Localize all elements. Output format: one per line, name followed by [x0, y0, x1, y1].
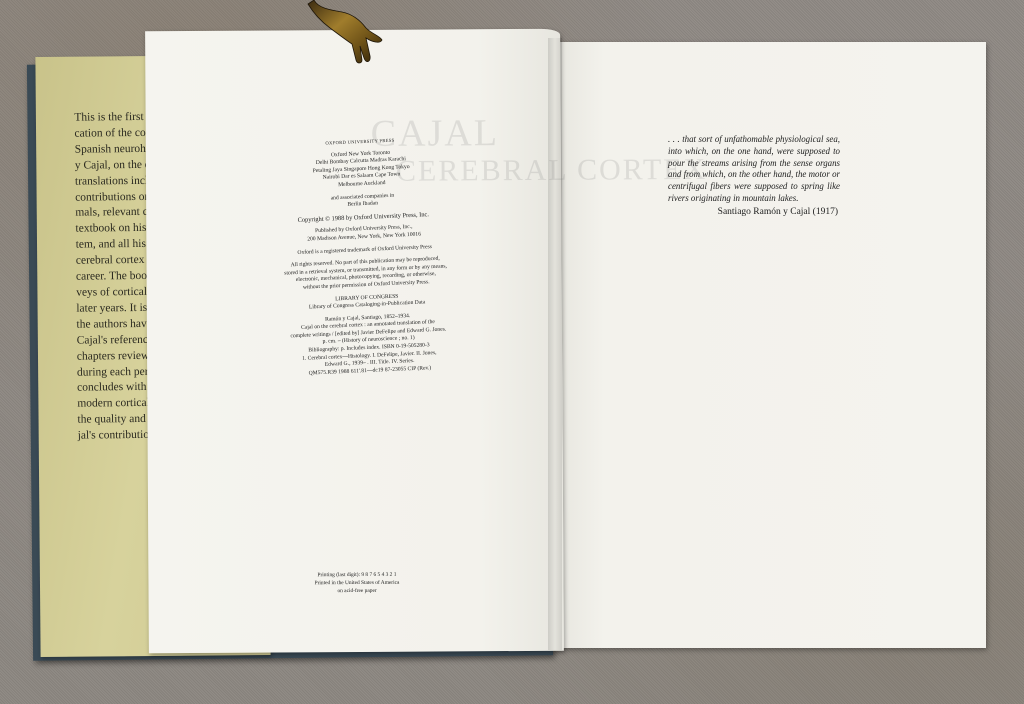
epigraph-text: . . . that sort of unfathomable physiolo…	[668, 134, 840, 205]
printing-line: on acid-free paper	[282, 587, 432, 596]
printing-info: Printing (last digit): 9 8 7 6 5 4 3 2 1…	[282, 571, 432, 596]
copyright-block: OXFORD UNIVERSITY PRESS Oxford New York …	[260, 134, 470, 380]
right-page	[552, 42, 986, 648]
epigraph-author: Santiago Ramón y Cajal (1917)	[690, 207, 838, 217]
hand-bookmark-icon	[300, 0, 390, 66]
book-gutter	[548, 38, 562, 650]
